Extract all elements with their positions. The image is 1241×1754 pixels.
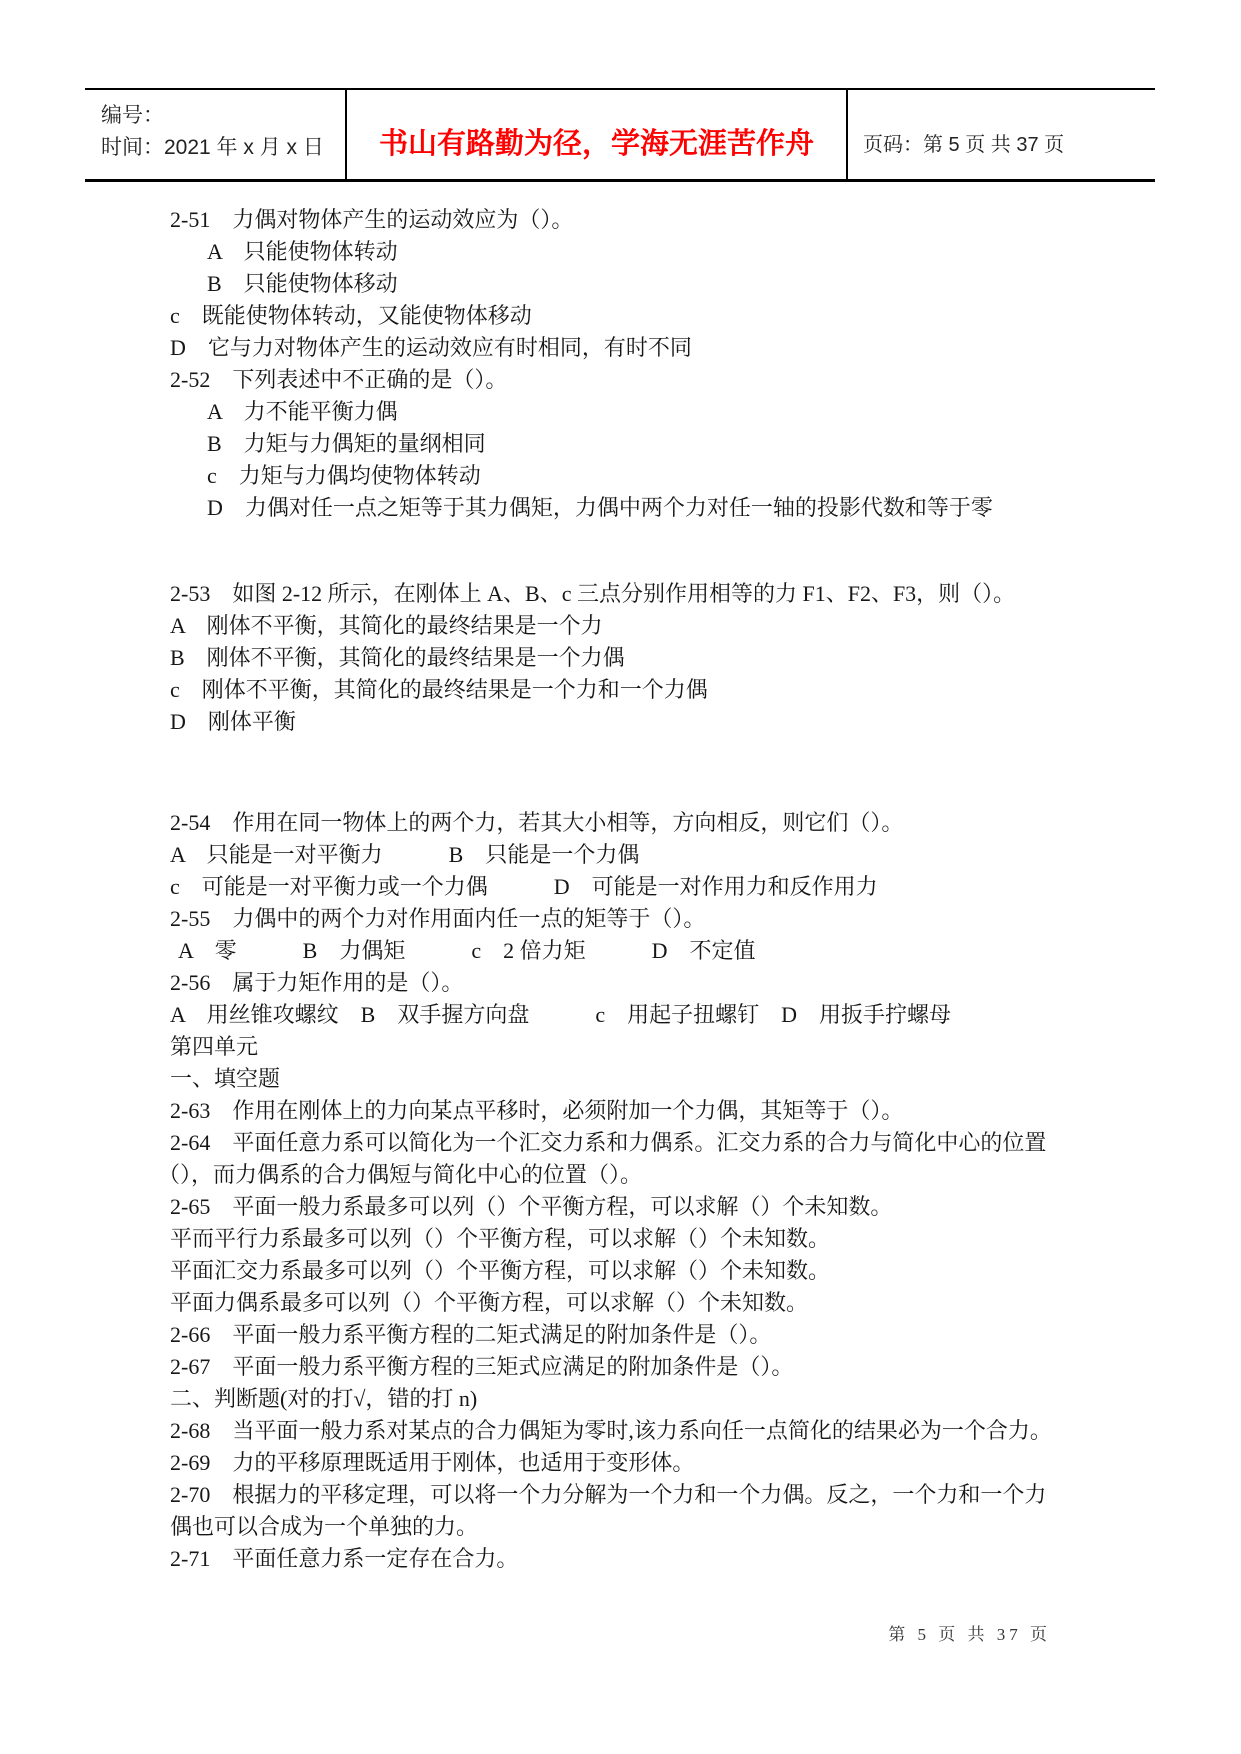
text-line: B 刚体不平衡，其简化的最终结果是一个力偶 bbox=[0, 642, 1241, 674]
text-line: 2-67 平面一般力系平衡方程的三矩式应满足的附加条件是（）。 bbox=[0, 1351, 1241, 1383]
text-line: 2-63 作用在刚体上的力向某点平移时，必须附加一个力偶，其矩等于（）。 bbox=[0, 1095, 1241, 1127]
document-page: 编号： 时间：2021 年 x 月 x 日 书山有路勤为径，学海无涯苦作舟 页码… bbox=[0, 0, 1241, 1754]
page-footer: 第 5 页 共 37 页 bbox=[888, 1620, 1051, 1645]
header-cell-page: 页码：第 5 页 共 37 页 bbox=[848, 90, 1155, 179]
text-line: A 用丝锥攻螺纹 B 双手握方向盘 c 用起子扭螺钉 D 用扳手拧螺母 bbox=[0, 999, 1241, 1031]
text-line: c 可能是一对平衡力或一个力偶 D 可能是一对作用力和反作用力 bbox=[0, 871, 1241, 903]
text-line: 第四单元 bbox=[0, 1031, 1241, 1063]
text-line: （），而力偶系的合力偶短与简化中心的位置（）。 bbox=[0, 1159, 1241, 1191]
doc-time-label: 时间：2021 年 x 月 x 日 bbox=[101, 132, 345, 164]
text-line: 平面力偶系最多可以列（）个平衡方程，可以求解（）个未知数。 bbox=[0, 1287, 1241, 1319]
text-line: D 它与力对物体产生的运动效应有时相同，有时不同 bbox=[0, 332, 1241, 364]
text-line: 偶也可以合成为一个单独的力。 bbox=[0, 1511, 1241, 1543]
header-table: 编号： 时间：2021 年 x 月 x 日 书山有路勤为径，学海无涯苦作舟 页码… bbox=[85, 88, 1155, 182]
text-line: 2-66 平面一般力系平衡方程的二矩式满足的附加条件是（）。 bbox=[0, 1319, 1241, 1351]
text-line: B 只能使物体移动 bbox=[0, 268, 1241, 300]
header-cell-motto: 书山有路勤为径，学海无涯苦作舟 bbox=[347, 90, 848, 179]
text-line: 2-70 根据力的平移定理，可以将一个力分解为一个力和一个力偶。反之，一个力和一… bbox=[0, 1479, 1241, 1511]
text-line: A 零 B 力偶矩 c 2 倍力矩 D 不定值 bbox=[0, 935, 1241, 967]
document-body: 2-51 力偶对物体产生的运动效应为（）。A 只能使物体转动B 只能使物体移动c… bbox=[0, 204, 1241, 1575]
text-line: 2-68 当平面一般力系对某点的合力偶矩为零时,该力系向任一点简化的结果必为一个… bbox=[0, 1415, 1241, 1447]
text-line: 2-71 平面任意力系一定存在合力。 bbox=[0, 1543, 1241, 1575]
text-line: B 力矩与力偶矩的量纲相同 bbox=[0, 428, 1241, 460]
text-line: c 刚体不平衡，其简化的最终结果是一个力和一个力偶 bbox=[0, 674, 1241, 706]
page-number-label: 页码：第 5 页 共 37 页 bbox=[863, 128, 1064, 157]
header-cell-meta: 编号： 时间：2021 年 x 月 x 日 bbox=[85, 90, 347, 179]
text-line: 2-56 属于力矩作用的是（）。 bbox=[0, 967, 1241, 999]
text-line: c 力矩与力偶均使物体转动 bbox=[0, 460, 1241, 492]
text-line: 二、判断题(对的打√，错的打 n) bbox=[0, 1383, 1241, 1415]
motto-text: 书山有路勤为径，学海无涯苦作舟 bbox=[379, 107, 814, 162]
text-line: 2-65 平面一般力系最多可以列（）个平衡方程，可以求解（）个未知数。 bbox=[0, 1191, 1241, 1223]
text-line: 2-52 下列表述中不正确的是（）。 bbox=[0, 364, 1241, 396]
text-line: c 既能使物体转动，又能使物体移动 bbox=[0, 300, 1241, 332]
doc-number-label: 编号： bbox=[101, 100, 345, 132]
text-line: 2-54 作用在同一物体上的两个力，若其大小相等，方向相反，则它们（）。 bbox=[0, 807, 1241, 839]
text-line: A 刚体不平衡，其简化的最终结果是一个力 bbox=[0, 610, 1241, 642]
text-line: 2-55 力偶中的两个力对作用面内任一点的矩等于（）。 bbox=[0, 903, 1241, 935]
text-line: 2-51 力偶对物体产生的运动效应为（）。 bbox=[0, 204, 1241, 236]
text-line: A 力不能平衡力偶 bbox=[0, 396, 1241, 428]
text-line: A 只能使物体转动 bbox=[0, 236, 1241, 268]
text-line: 平而平行力系最多可以列（）个平衡方程，可以求解（）个未知数。 bbox=[0, 1223, 1241, 1255]
text-line: 一、填空题 bbox=[0, 1063, 1241, 1095]
text-line: D 力偶对任一点之矩等于其力偶矩，力偶中两个力对任一轴的投影代数和等于零 bbox=[0, 492, 1241, 524]
text-line: D 刚体平衡 bbox=[0, 706, 1241, 738]
text-line: 平面汇交力系最多可以列（）个平衡方程，可以求解（）个未知数。 bbox=[0, 1255, 1241, 1287]
text-line: 2-53 如图 2-12 所示，在刚体上 A、B、c 三点分别作用相等的力 F1… bbox=[0, 578, 1241, 610]
text-line: 2-64 平面任意力系可以简化为一个汇交力系和力偶系。汇交力系的合力与简化中心的… bbox=[0, 1127, 1241, 1159]
text-line: 2-69 力的平移原理既适用于刚体，也适用于变形体。 bbox=[0, 1447, 1241, 1479]
text-line: A 只能是一对平衡力 B 只能是一个力偶 bbox=[0, 839, 1241, 871]
